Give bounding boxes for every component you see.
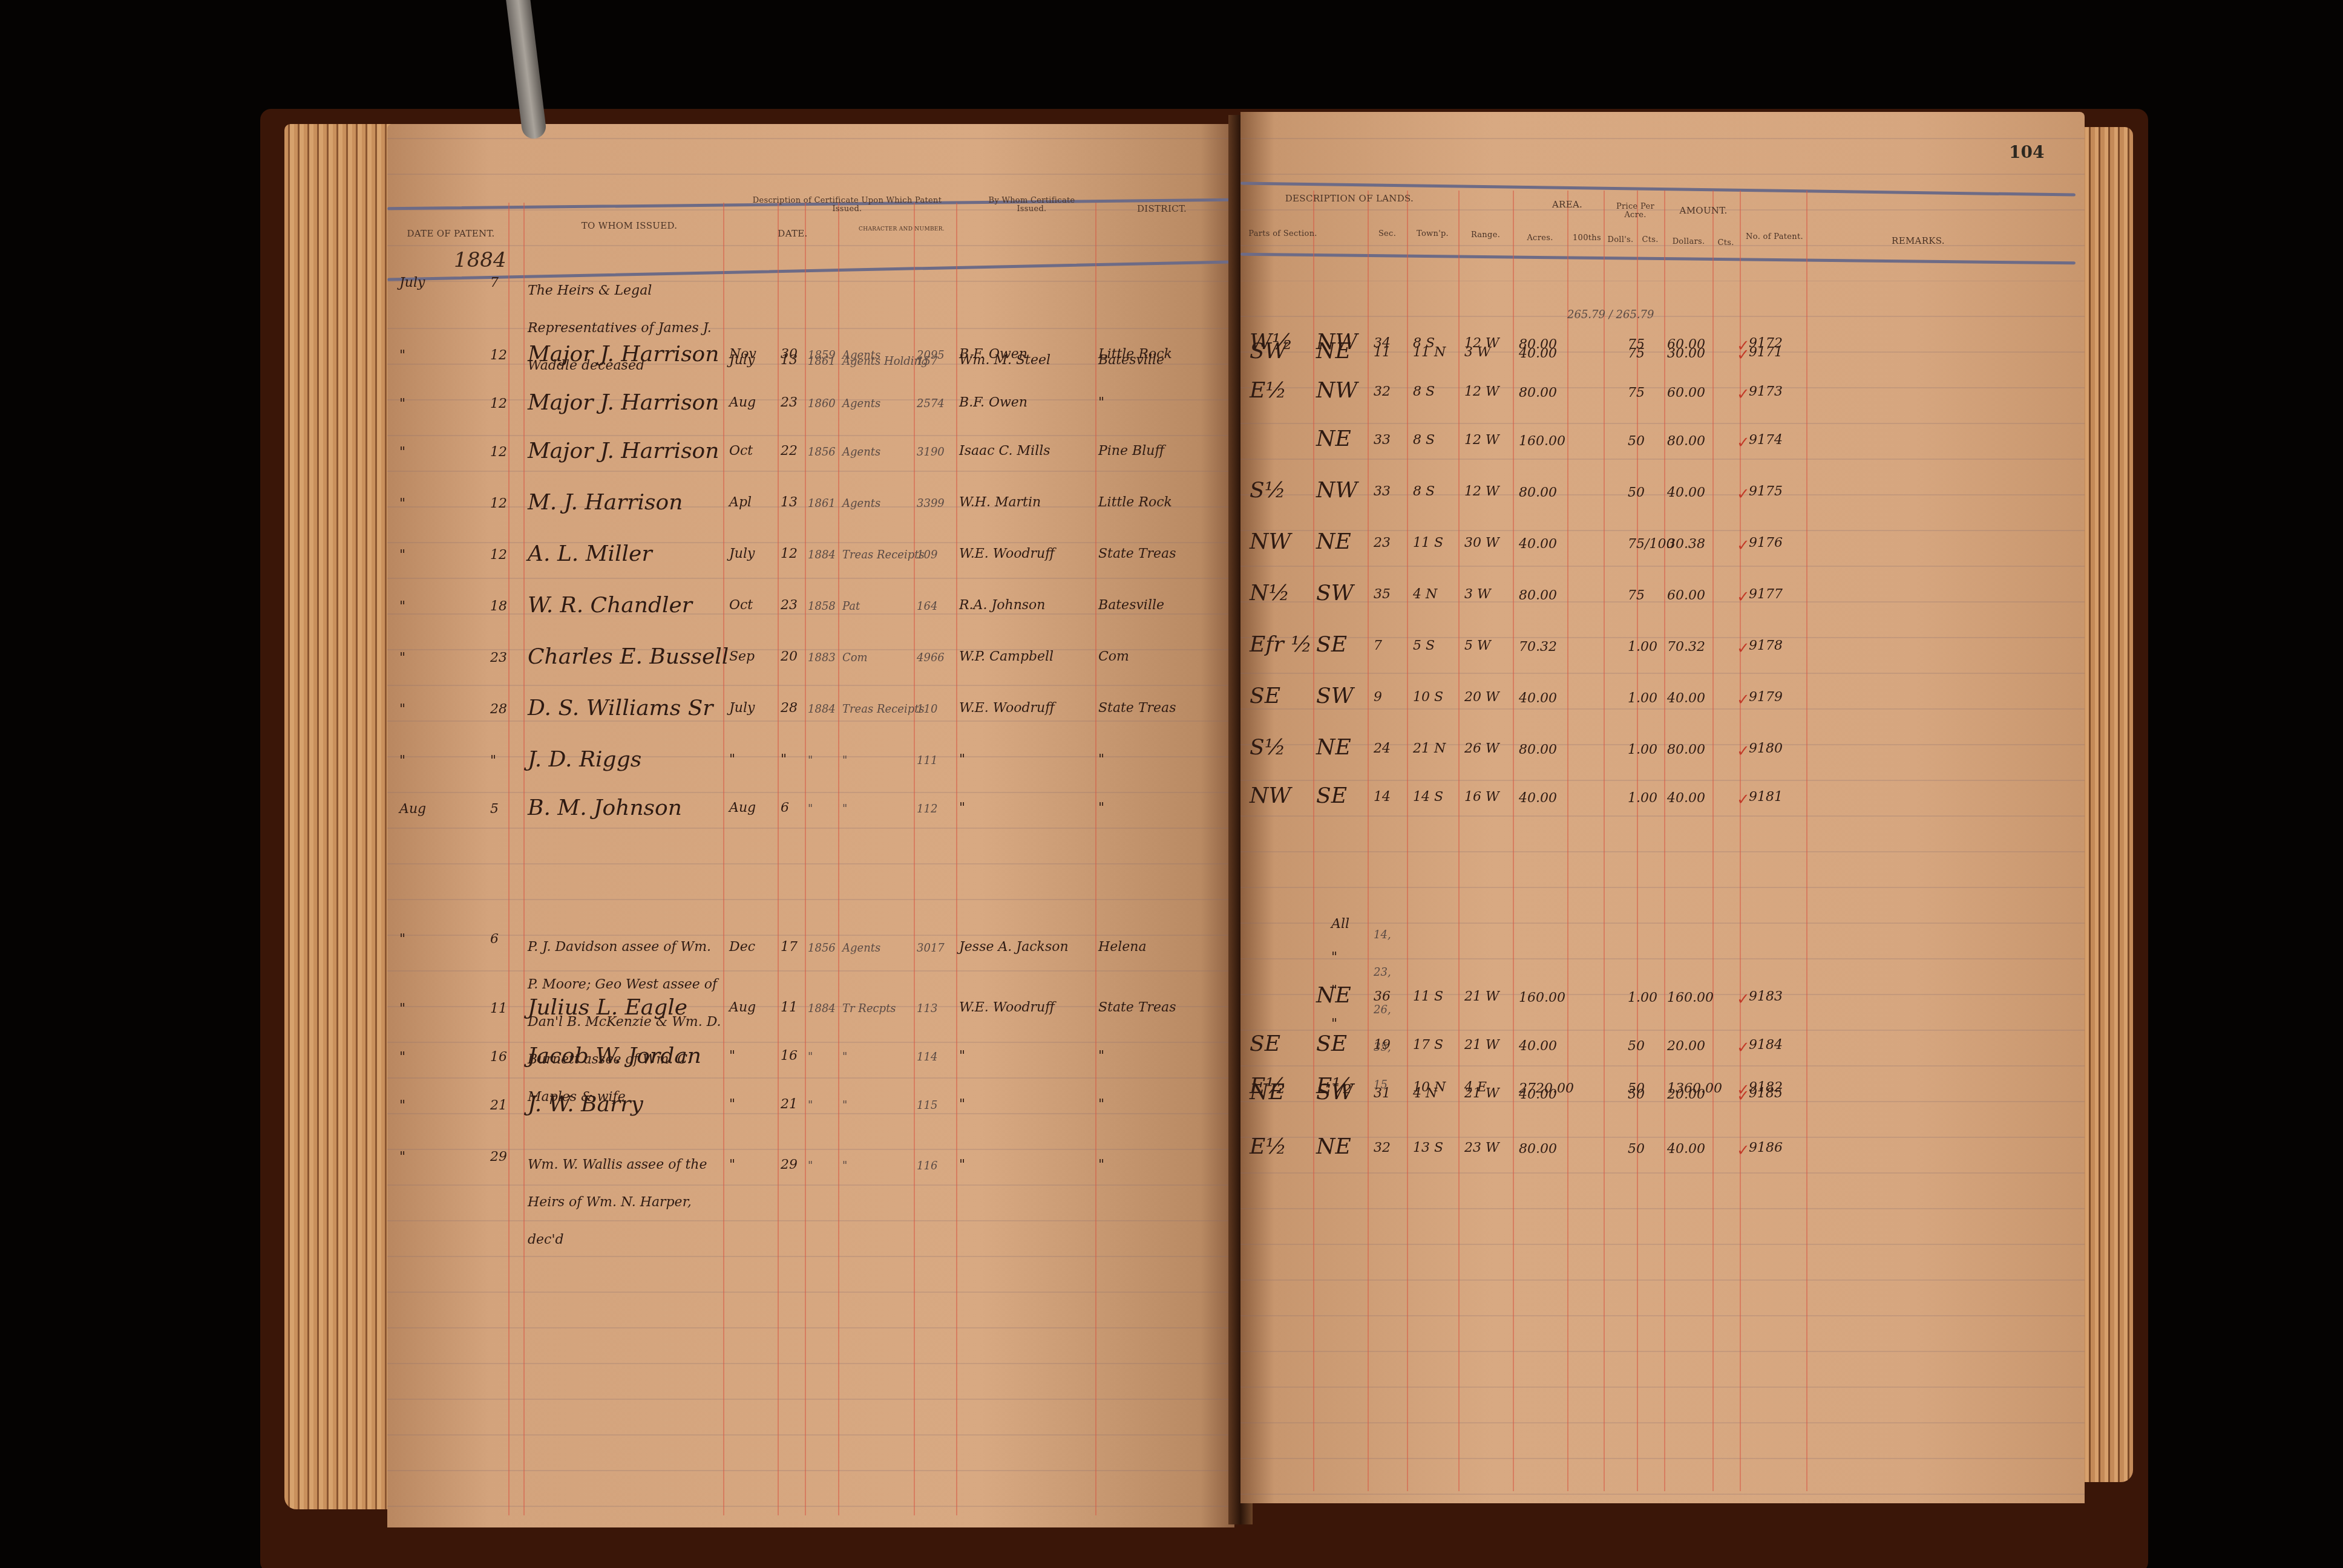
red-checkmark-icon: ✓ [1737,791,1750,809]
entry-section-part: " [1331,1016,1337,1031]
entry-township: 17 S [1413,1037,1443,1053]
entry-cert-day: 30 [781,347,798,362]
col-divider [723,203,724,1515]
entry-month: " [399,396,405,411]
entry-quarter: NW [1316,378,1358,403]
entry-acres: 40.00 [1519,1087,1557,1102]
col-divider [1513,191,1514,1491]
entry-name: Jacob W. Jordan [528,1044,701,1068]
entry-certificate-character: Pat [842,600,860,613]
header-price-dolls: Doll's. [1605,236,1636,244]
entry-cert-day: 17 [781,939,798,955]
entry-day: 12 [490,396,507,411]
entry-patent-number: 9184 [1749,1037,1783,1053]
entry-cert-day: " [781,752,787,767]
red-checkmark-icon: ✓ [1737,485,1750,503]
entry-issued-by: " [959,752,965,767]
entry-acres: 160.00 [1519,434,1565,449]
entry-township: 11 S [1413,535,1443,550]
col-divider [778,203,779,1515]
entry-month: " [399,1149,405,1165]
entry-acres: 40.00 [1519,1039,1557,1054]
entry-cert-day: 12 [781,546,798,561]
col-divider [1712,191,1714,1491]
red-checkmark-icon: ✓ [1737,434,1750,452]
entry-cert-year: " [808,803,813,815]
entry-cert-month: " [729,1048,735,1063]
entry-range: 12 W [1464,384,1499,399]
entry-section: 7 [1374,638,1382,653]
entry-certificate-character: " [842,1160,847,1172]
entry-name: P. J. Davidson assee of Wm. P. Moore; Ge… [528,929,721,1116]
entry-certificate-character: Agents [842,497,880,510]
entry-quarter: NE [1316,529,1351,554]
entry-cert-year: 1858 [808,600,836,613]
entry-name: Julius L. Eagle [528,995,687,1020]
entry-cert-day: 13 [781,495,798,510]
col-divider [838,203,839,1515]
entry-district: " [1098,752,1104,767]
entry-month: " [399,1001,405,1016]
entry-name: A. L. Miller [528,541,652,566]
entry-acres: 40.00 [1519,537,1557,552]
entry-month: Aug [399,802,426,817]
entry-name: B. M. Johnson [528,795,682,820]
entry-district: Pine Bluff [1098,443,1164,459]
entry-certificate-character: " [842,1099,847,1112]
entry-range: 21 W [1464,1037,1499,1053]
header-range: Range. [1461,231,1510,240]
entry-cert-month: July [729,546,755,561]
entry-issued-by: " [959,1048,965,1063]
entry-part-of-section: S½ [1250,478,1286,503]
entry-day: 23 [490,650,507,665]
header-price-group: Price Per Acre. [1607,203,1664,220]
entry-amount: 60.00 [1667,588,1705,603]
entry-issued-by: B.F. Owen [959,395,1027,410]
header-amount-cts: Cts. [1714,239,1738,247]
entry-month: " [399,496,405,511]
entry-certificate-character: " [842,803,847,815]
entry-price-per-acre: 1.00 [1628,742,1657,757]
entry-day: 7 [490,275,499,290]
entry-section: 9 [1374,690,1382,705]
pencil-margin-note: 265.79 / 265.79 [1567,309,1654,321]
entry-name: Major J. Harrison [528,439,719,463]
entry-cert-day: 22 [781,443,798,459]
entry-issued-by: W.E. Woodruff [959,1000,1055,1015]
red-checkmark-icon: ✓ [1737,1142,1750,1160]
entry-cert-year: 1883 [808,652,836,664]
entry-quarter: NE [1316,1134,1351,1159]
entry-quarter: SE [1316,632,1347,657]
left-page: DATE OF PATENT. TO WHOM ISSUED. Descript… [387,124,1234,1527]
entry-certificate-character: Com [842,652,868,664]
entry-township: 8 S [1413,384,1435,399]
entry-part-of-section: E½ [1250,1134,1286,1159]
entry-cert-day: 11 [781,1000,798,1015]
entry-name: W. R. Chandler [528,593,692,618]
entry-issued-by: Jesse A. Jackson [959,939,1069,955]
entry-cert-day: 21 [781,1097,798,1112]
entry-name: M. J. Harrison [528,490,683,515]
entry-price-per-acre: 50 [1628,1142,1645,1157]
header-acres: Acres. [1516,234,1564,243]
entry-issued-by: " [959,1157,965,1172]
entry-issued-by: W.H. Martin [959,495,1041,510]
entry-township: 4 N [1413,587,1437,602]
entry-district: Batesville [1098,598,1164,613]
header-by-whom: By Whom Certificate Issued. [980,197,1083,214]
entry-price-per-acre: 50 [1628,1039,1645,1054]
entry-certificate-number: 116 [917,1160,937,1172]
col-divider [1095,203,1096,1515]
entry-part-of-section: NE [1250,1080,1285,1105]
entry-part-of-section: SE [1250,684,1280,708]
entry-quarter: NW [1316,330,1358,354]
entry-cert-month: Aug [729,395,756,410]
entry-issued-by: Isaac C. Mills [959,443,1050,459]
entry-issued-by: W.E. Woodruff [959,701,1055,716]
entry-section: 32 [1374,384,1391,399]
entry-acres: 80.00 [1519,1142,1557,1157]
red-checkmark-icon: ✓ [1737,537,1750,555]
entry-township: 21 N [1413,741,1446,756]
header-parts-of-section: Parts of Section. [1244,230,1322,238]
entry-amount: 40.00 [1667,791,1705,806]
entry-price-per-acre: 75 [1628,385,1645,400]
entry-quarter: NW [1316,478,1358,503]
entry-district: Helena [1098,939,1147,955]
entry-range: 5 W [1464,638,1491,653]
entry-certificate-number: 3399 [917,497,945,510]
entry-day: 12 [490,496,507,511]
entry-section: 24 [1374,741,1391,756]
entry-range: 12 W [1464,433,1499,448]
col-divider [508,203,510,1515]
entry-certificate-number: 164 [917,600,937,613]
entry-acres: 40.00 [1519,691,1557,706]
col-divider [914,203,915,1515]
entry-district: State Treas [1098,701,1176,716]
entry-certificate-character: Agents [842,446,880,459]
red-checkmark-icon: ✓ [1737,1087,1750,1105]
header-cert-character: CHARACTER AND NUMBER. [853,227,950,233]
entry-amount: 40.00 [1667,485,1705,500]
entry-day: 6 [490,932,499,947]
entry-name: Major J. Harrison [528,390,719,415]
entry-cert-year: " [808,754,813,767]
entry-patent-number: 9179 [1749,690,1783,705]
header-hundredths: 100ths [1570,234,1604,243]
entry-section-part: All [1331,916,1349,932]
right-page: 104 DESCRIPTION OF LANDS. Parts of Secti… [1240,112,2085,1503]
entry-acres: 80.00 [1519,588,1557,603]
entry-quarter: SW [1316,684,1354,708]
entry-township: 8 S [1413,336,1435,351]
entry-certificate-character: " [842,754,847,767]
entry-acres: 80.00 [1519,485,1557,500]
header-area-group: AREA. [1525,200,1610,210]
entry-section: 34 [1374,336,1391,351]
entry-section: 32 [1374,1140,1391,1155]
entry-patent-number: 9177 [1749,587,1783,602]
entry-patent-number: 9176 [1749,535,1783,550]
entry-part-of-section: N½ [1250,581,1289,606]
entry-certificate-number: 110 [917,703,937,716]
entry-township: 10 S [1413,690,1443,705]
entry-quarter: SE [1316,783,1347,808]
red-checkmark-icon: ✓ [1737,990,1750,1008]
entry-certificate-character: Treas Receipts [842,703,925,716]
entry-section: 36 [1374,989,1391,1004]
entry-month: " [399,599,405,614]
entry-amount: 80.00 [1667,434,1705,449]
entry-issued-by: W.P. Campbell [959,649,1054,664]
entry-amount: 70.32 [1667,639,1705,655]
entry-certificate-character: Agents [842,397,880,410]
red-checkmark-icon: ✓ [1737,1039,1750,1057]
entry-part-of-section: E½ [1250,378,1286,403]
entry-cert-year: 1856 [808,942,836,955]
entry-range: 12 W [1464,336,1499,351]
entry-cert-month: Dec [729,939,755,955]
entry-certificate-character: Agents [842,942,880,955]
entry-day: 21 [490,1098,507,1113]
entry-cert-year: " [808,1099,813,1112]
entry-district: " [1098,800,1104,815]
entry-range: 23 W [1464,1140,1499,1155]
entry-amount: 60.00 [1667,337,1705,352]
entry-range: 3 W [1464,587,1491,602]
header-amount-group: AMOUNT. [1667,206,1740,216]
entry-acres: 70.32 [1519,639,1557,655]
entry-range: 21 W [1464,1086,1499,1101]
entry-cert-year: " [808,1051,813,1063]
entry-month: " [399,1098,405,1113]
entry-name: Charles E. Bussell [528,644,729,669]
entry-section: 14 [1374,789,1391,805]
entry-month: " [399,445,405,460]
entry-range: 12 W [1464,484,1499,499]
entry-range: 21 W [1464,989,1499,1004]
entry-cert-month: Nov [729,347,756,362]
entry-day: 28 [490,702,507,717]
entry-day: 12 [490,445,507,460]
entry-price-per-acre: 50 [1628,485,1645,500]
entry-issued-by: " [959,1097,965,1112]
entry-issued-by: W.E. Woodruff [959,546,1055,561]
entry-district: Little Rock [1098,495,1172,510]
entry-district: " [1098,1048,1104,1063]
entry-patent-number: 9172 [1749,336,1783,351]
entry-section: 33 [1374,433,1391,448]
entry-name: D. S. Williams Sr [528,696,713,720]
entry-district: " [1098,1097,1104,1112]
entry-certificate-number: 115 [917,1099,937,1112]
entry-township: 5 S [1413,638,1435,653]
entry-certificate-character: Agents [842,349,880,362]
entry-cert-month: Aug [729,1000,756,1015]
header-amount-dollars: Dollars. [1666,238,1711,246]
entry-name: The Heirs & Legal Representatives of Jam… [528,272,721,385]
entry-part-of-section: NW [1250,783,1291,808]
entry-range: 26 W [1464,741,1499,756]
entry-patent-number: 9183 [1749,989,1783,1004]
entry-range: 20 W [1464,690,1499,705]
entry-district: State Treas [1098,1000,1176,1015]
entry-cert-month: Oct [729,598,753,613]
entry-part-of-section: SE [1250,1031,1280,1056]
entry-section: 33 [1374,484,1391,499]
entry-quarter: SW [1316,1080,1354,1105]
header-to-whom-issued: TO WHOM ISSUED. [557,221,702,231]
entry-district: Com [1098,649,1129,664]
entry-quarter: NE [1316,983,1351,1008]
entry-cert-day: 6 [781,800,789,815]
entry-district: Little Rock [1098,347,1172,362]
entry-name: J. W. Barry [528,1092,643,1117]
entry-cert-month: Sep [729,649,755,664]
entry-certificate-number: 2095 [917,349,945,362]
entry-month: " [399,547,405,563]
entry-range: 30 W [1464,535,1499,550]
entry-day: 11 [490,1001,507,1016]
entry-issued-by: R.A. Johnson [959,598,1046,613]
entry-quarter: SW [1316,581,1354,606]
entry-section: 14, 23, 26, 35, 15 [1374,916,1404,1104]
entry-cert-day: 23 [781,395,798,410]
entry-name: J. D. Riggs [528,747,641,772]
col-divider [1604,191,1605,1491]
entry-name: Wm. W. Wallis assee of the Heirs of Wm. … [528,1146,721,1259]
entry-month: " [399,650,405,665]
entry-acres: 80.00 [1519,337,1557,352]
entry-price-per-acre: 1.00 [1628,990,1657,1005]
entry-cert-month: " [729,1157,735,1172]
entry-day: 5 [490,802,499,817]
entry-section: 23 [1374,535,1391,550]
entry-section-part: " [1331,950,1337,965]
entry-month: " [399,932,405,947]
entry-cert-year: 1884 [808,549,836,561]
entry-price-per-acre: 50 [1628,1087,1645,1102]
entry-price-per-acre: 1.00 [1628,791,1657,806]
col-divider [1407,191,1408,1491]
entry-acres: 80.00 [1519,742,1557,757]
entry-cert-year: 1861 [808,497,836,510]
entry-cert-day: 28 [781,701,798,716]
col-divider [1806,191,1807,1491]
entry-day: " [490,753,496,768]
entry-price-per-acre: 75 [1628,337,1645,352]
entry-certificate-character: Tr Recpts [842,1002,896,1015]
col-divider [805,203,806,1515]
entry-township: 11 S [1413,989,1443,1004]
entry-acres: 40.00 [1519,791,1557,806]
entry-part-of-section: Efr ½ [1250,632,1312,657]
entry-certificate-number: 112 [917,803,937,815]
entry-day: 12 [490,348,507,363]
entry-day: 16 [490,1050,507,1065]
entry-patent-number: 9175 [1749,484,1783,499]
entry-cert-year: 1859 [808,349,836,362]
entry-quarter: NE [1316,426,1351,451]
entry-day: 29 [490,1149,507,1165]
entry-cert-month: July [729,701,755,716]
header-cert-date: DATE. [750,229,835,239]
entry-certificate-number: 109 [917,549,937,561]
entry-certificate-number: 113 [917,1002,937,1015]
red-checkmark-icon: ✓ [1737,588,1750,606]
page-number: 104 [2009,142,2044,162]
entry-day: 12 [490,547,507,563]
entry-amount: 20.00 [1667,1087,1705,1102]
col-divider [1313,191,1314,1491]
col-divider [1368,191,1369,1491]
entry-section: 31 [1374,1086,1391,1101]
header-township: Town'p. [1410,230,1455,238]
entry-patent-number: 9185 [1749,1086,1783,1101]
entry-cert-month: " [729,752,735,767]
left-page-edges [284,124,393,1509]
year-label: 1884 [454,248,506,272]
entry-price-per-acre: 50 [1628,434,1645,449]
entry-issued-by: " [959,800,965,815]
header-remarks: REMARKS. [1858,236,1979,246]
entry-certificate-number: 4966 [917,652,945,664]
entry-patent-number: 9186 [1749,1140,1783,1155]
entry-certificate-number: 3190 [917,446,945,459]
entry-township: 14 S [1413,789,1443,805]
entry-quarter: NE [1316,735,1351,760]
entry-part-of-section: S½ [1250,735,1286,760]
header-no-of-patent: No. of Patent. [1743,233,1806,241]
entry-amount: 60.00 [1667,385,1705,400]
red-checkmark-icon: ✓ [1737,639,1750,658]
entry-township: 4 N [1413,1086,1437,1101]
entry-acres: 80.00 [1519,385,1557,400]
entry-certificate-number: 3017 [917,942,945,955]
entry-certificate-number: 111 [917,754,937,767]
entry-quarter: SE [1316,1031,1347,1056]
entry-month: July [399,275,425,290]
entry-certificate-number: 2574 [917,397,945,410]
entry-cert-year: 1884 [808,703,836,716]
entry-amount: 160.00 [1667,990,1714,1005]
red-checkmark-icon: ✓ [1737,385,1750,403]
entry-cert-day: 23 [781,598,798,613]
entry-cert-day: 16 [781,1048,798,1063]
entry-amount: 40.00 [1667,1142,1705,1157]
entry-district: " [1098,395,1104,410]
entry-patent-number: 9181 [1749,789,1783,805]
entry-issued-by: B.F. Owen [959,347,1027,362]
header-district: DISTRICT. [1107,204,1216,214]
col-divider [1664,191,1665,1491]
col-divider [523,203,525,1515]
header-price-cts: Cts. [1638,236,1662,244]
entry-price-per-acre: 75 [1628,588,1645,603]
entry-range: 16 W [1464,789,1499,805]
entry-certificate-number: 114 [917,1051,937,1063]
entry-cert-month: Oct [729,443,753,459]
entry-certificate-character: " [842,1051,847,1063]
entry-cert-year: 1860 [808,397,836,410]
header-sec: Sec. [1371,230,1404,238]
entry-cert-day: 20 [781,649,798,664]
col-divider [956,203,957,1515]
